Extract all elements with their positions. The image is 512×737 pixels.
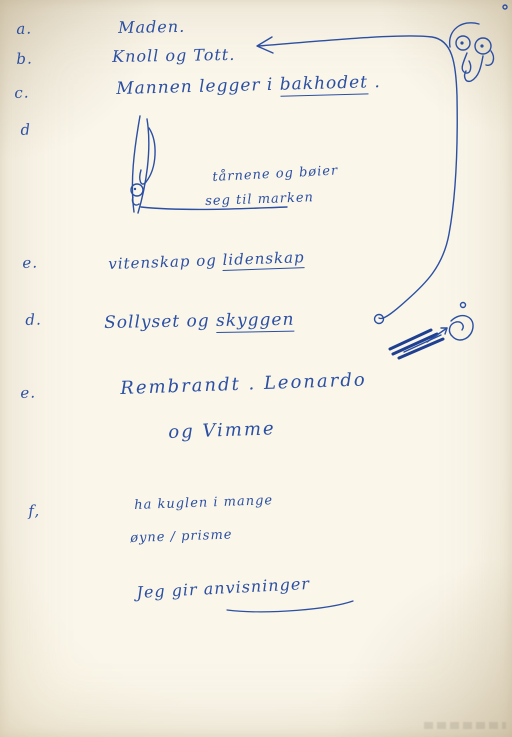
line-d2: Sollyset og skyggen — [104, 310, 295, 333]
line-closing-underlined-word: anvisninger — [203, 574, 310, 599]
line-c-underlined-word: bakhodet — [279, 72, 368, 96]
paper-vignette — [0, 0, 512, 737]
margin-label-b: b. — [16, 49, 33, 68]
line-e1: vitenskap og lidenskap — [108, 248, 305, 273]
margin-label-a: a. — [16, 19, 32, 38]
line-e1-underlined-word: lidenskap — [222, 248, 305, 271]
face-doodle — [450, 23, 494, 82]
line-d2-pre: Sollyset og — [104, 311, 216, 333]
line-closing-pre: Jeg gir — [136, 579, 204, 601]
line-closing: Jeg gir anvisninger — [136, 574, 310, 602]
manuscript-page: a. b. c. d e. d. e. f, Maden. Knoll og T… — [0, 0, 512, 737]
margin-label-e: e. — [22, 253, 38, 272]
margin-label-e2: e. — [20, 383, 36, 402]
shadow-hatch-doodle — [390, 328, 447, 358]
line-b: Knoll og Tott. — [112, 45, 236, 66]
line-c-post: . — [368, 72, 381, 92]
corner-dot — [503, 5, 507, 9]
line-e2-1: Rembrandt . Leonardo — [120, 369, 367, 399]
note-d-line2: seg til marken — [205, 190, 314, 209]
curl-doodle — [449, 303, 473, 341]
line-f2: øyne / prisme — [130, 527, 233, 546]
closing-underline-stroke — [227, 601, 353, 612]
margin-label-c: c. — [14, 83, 30, 102]
line-d2-underlined-word: skyggen — [216, 310, 295, 333]
margin-label-d2: d. — [25, 310, 42, 329]
line-f1: ha kuglen i mange — [134, 493, 273, 513]
line-c-pre: Mannen legger i — [116, 75, 280, 99]
margin-label-f: f, — [28, 502, 40, 520]
line-c: Mannen legger i bakhodet . — [116, 72, 381, 99]
ink-doodles-layer — [0, 0, 512, 737]
note-d-line1: tårnene og bøier — [212, 163, 339, 185]
line-e1-pre: vitenskap og — [108, 251, 223, 273]
line-a: Maden. — [118, 17, 185, 37]
margin-label-d: d — [20, 120, 32, 139]
faint-watermark — [424, 722, 506, 729]
line-e2-2: og Vimme — [168, 418, 276, 443]
